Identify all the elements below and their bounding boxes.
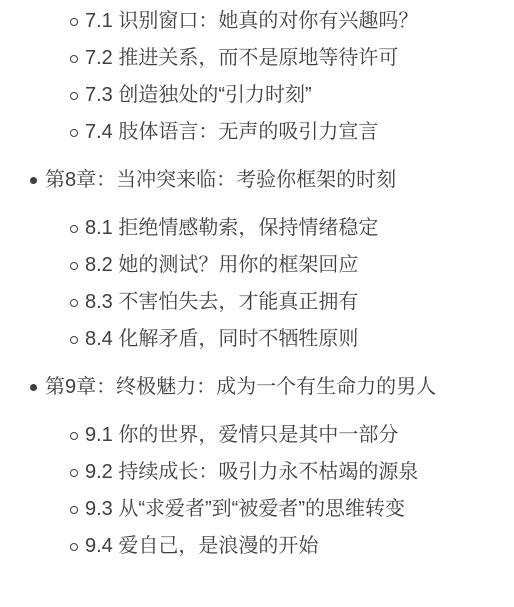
toc-chapter-item: 第9章：终极魅力：成为一个有生命力的男人 xyxy=(0,372,454,403)
toc-sub-item: 7.1 识别窗口：她真的对你有兴趣吗？ xyxy=(0,6,454,37)
toc-sub-item: 9.2 持续成长：吸引力永不枯竭的源泉 xyxy=(0,457,454,488)
circle-bullet-icon xyxy=(70,225,78,233)
toc-sub-item: 7.3 创造独处的“引力时刻” xyxy=(0,80,454,111)
toc-sub-item-label: 9.3 从“求爱者”到“被爱者”的思维转变 xyxy=(85,498,405,520)
toc-sub-item-label: 8.3 不害怕失去，才能真正拥有 xyxy=(85,291,358,313)
disc-bullet-icon xyxy=(30,177,37,184)
toc-sub-item: 8.2 她的测试？用你的框架回应 xyxy=(0,250,454,281)
circle-bullet-icon xyxy=(70,55,78,63)
circle-bullet-icon xyxy=(70,506,78,514)
circle-bullet-icon xyxy=(70,543,78,551)
toc-sub-item: 8.1 拒绝情感勒索，保持情绪稳定 xyxy=(0,213,454,244)
toc-sub-item-label: 7.1 识别窗口：她真的对你有兴趣吗？ xyxy=(85,10,418,32)
circle-bullet-icon xyxy=(70,469,78,477)
toc-sub-item-label: 8.4 化解矛盾，同时不牺牲原则 xyxy=(85,328,358,350)
toc-sub-item-label: 7.3 创造独处的“引力时刻” xyxy=(85,84,312,106)
toc-sub-item-label: 7.2 推进关系，而不是原地等待许可 xyxy=(85,47,398,69)
toc-sub-item-label: 9.1 你的世界，爱情只是其中一部分 xyxy=(85,424,398,446)
toc-sub-item: 7.2 推进关系，而不是原地等待许可 xyxy=(0,43,454,74)
toc-sub-item-label: 9.2 持续成长：吸引力永不枯竭的源泉 xyxy=(85,461,418,483)
toc-sub-item: 8.3 不害怕失去，才能真正拥有 xyxy=(0,287,454,318)
toc-sub-item-label: 8.2 她的测试？用你的框架回应 xyxy=(85,254,358,276)
toc-chapter-label: 第8章：当冲突来临：考验你框架的时刻 xyxy=(45,169,396,191)
toc-sub-item: 8.4 化解矛盾，同时不牺牲原则 xyxy=(0,324,454,355)
toc-sub-item-label: 9.4 爱自己，是浪漫的开始 xyxy=(85,535,318,557)
toc-sub-item: 9.4 爱自己，是浪漫的开始 xyxy=(0,531,454,562)
circle-bullet-icon xyxy=(70,262,78,270)
toc-chapter-item: 第8章：当冲突来临：考验你框架的时刻 xyxy=(0,165,454,196)
disc-bullet-icon xyxy=(30,384,37,391)
toc-sub-item: 9.1 你的世界，爱情只是其中一部分 xyxy=(0,420,454,451)
circle-bullet-icon xyxy=(70,92,78,100)
toc-chapter-label: 第9章：终极魅力：成为一个有生命力的男人 xyxy=(45,376,436,398)
circle-bullet-icon xyxy=(70,129,78,137)
toc-sub-item: 7.4 肢体语言：无声的吸引力宣言 xyxy=(0,117,454,148)
toc-sub-item-label: 8.1 拒绝情感勒索，保持情绪稳定 xyxy=(85,217,378,239)
circle-bullet-icon xyxy=(70,336,78,344)
circle-bullet-icon xyxy=(70,299,78,307)
toc-list: 7.1 识别窗口：她真的对你有兴趣吗？7.2 推进关系，而不是原地等待许可7.3… xyxy=(0,6,454,562)
circle-bullet-icon xyxy=(70,432,78,440)
toc-sub-item-label: 7.4 肢体语言：无声的吸引力宣言 xyxy=(85,121,378,143)
circle-bullet-icon xyxy=(70,18,78,26)
toc-sub-item: 9.3 从“求爱者”到“被爱者”的思维转变 xyxy=(0,494,454,525)
toc-document: 7.1 识别窗口：她真的对你有兴趣吗？7.2 推进关系，而不是原地等待许可7.3… xyxy=(0,0,514,607)
